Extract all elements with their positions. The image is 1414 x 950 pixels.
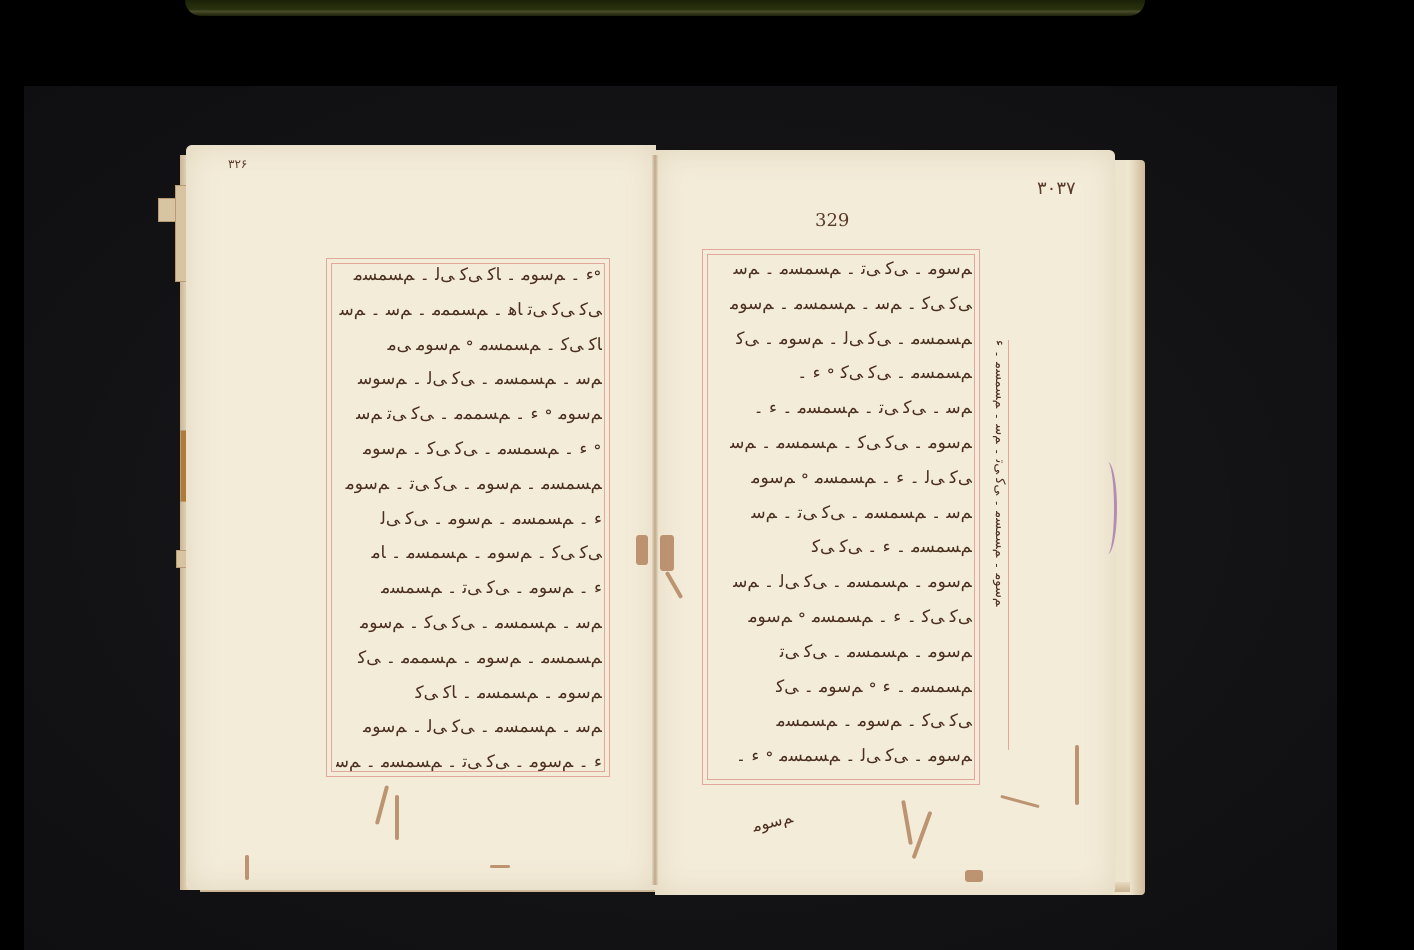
margin-annotation: ﻢﺳﻮﻣ ۔ ﻢﺴﻤﺴﻣ ۔ ﻰﻛ ﻰﺗ ۔ ﻢﺳ ۔ ﻢﺴﻤﺴﻣ ۔ ﺀ <box>983 340 1007 750</box>
gutter-damage <box>636 535 648 565</box>
worm-trail <box>395 795 399 840</box>
right-folio-number: 329 <box>815 210 849 231</box>
text-line: ॰ ﺀ ۔ ﻢﺴﻤﺴﻣ ۔ ﻰﻛ ﻰﻛ ۔ ﻢﺳﻮﻣ <box>336 432 602 467</box>
left-text-block: ॰ﺀ ۔ ﻢﺳﻮﻣ ۔ ﺎﻛ ﻰﻛ ﻰﻟ ۔ ﻢﺴﻤﺴﻣ ﻰﻛ ﻰﻛ ﻰﺗ ﺎﻫ… <box>336 258 602 778</box>
text-line: ﻢﺳﻮﻣ ۔ ﻢﺴﻤﺴﻣ ۔ ﺎﻛ ﻰﻛ <box>336 676 602 711</box>
text-line: ﺀ ۔ ﻢﺳﻮﻣ ۔ ﻰﻛ ﻰﺗ ۔ ﻢﺴﻤﺴﻣ <box>336 571 602 606</box>
text-line: ﻢﺳﻮﻣ ۔ ﻰﻛ ﻰﻛ ۔ ﻢﺴﻤﺴﻣ ۔ ﻢﺳ <box>710 426 972 461</box>
text-line: ﻰﻛ ﻰﻟ ۔ ﺀ ۔ ﻢﺴﻤﺴﻣ ॰ ﻢﺳﻮﻣ <box>710 461 972 496</box>
right-text-block: ﻢﺳﻮﻣ ۔ ﻰﻛ ﻰﺗ ۔ ﻢﺴﻤﺴﻣ ۔ ﻢﺳ ﻰﻛ ﻰﻛ ۔ ﻢﺳ ۔ ﻢ… <box>710 252 972 782</box>
right-corner-folio: ۳۰۳۷ <box>1037 178 1076 199</box>
text-line: ﻢﺴﻤﺴﻣ ۔ ﺀ ॰ ﻢﺳﻮﻣ ۔ ﻰﻛ <box>710 670 972 705</box>
library-stamp-edge <box>1098 462 1117 554</box>
text-line: ﻢﺳ ۔ ﻢﺴﻤﺴﻣ ۔ ﻰﻛ ﻰﻟ ۔ ﻢﺳﻮﺳ <box>336 362 602 397</box>
text-line: ﻢﺳﻮﻣ ۔ ﻢﺴﻤﺴﻣ ۔ ﻰﻛ ﻰﻟ ۔ ﻢﺳ <box>710 565 972 600</box>
text-line: ﺀ ۔ ﻢﺳﻮﻣ ۔ ﻰﻛ ﻰﺗ ۔ ﻢﺴﻤﺴﻣ ۔ ﻢﺳﻮﻣ <box>336 745 602 778</box>
text-line: ॰ﺀ ۔ ﻢﺳﻮﻣ ۔ ﺎﻛ ﻰﻛ ﻰﻟ ۔ ﻢﺴﻤﺴﻣ <box>336 258 602 293</box>
text-line: ﻢﺳ ۔ ﻰﻛ ﻰﺗ ۔ ﻢﺴﻤﺴﻣ ۔ ﺀ ۔ <box>710 391 972 426</box>
text-line: ﻢﺳ ۔ ﻢﺴﻤﺴﻣ ۔ ﻰﻛ ﻰﻟ ۔ ﻢﺳﻮﻣ <box>336 710 602 745</box>
worm-trail <box>965 870 983 882</box>
worm-trail <box>1075 745 1079 805</box>
left-folio-mark: ۳۲۶ <box>228 157 247 171</box>
worm-trail <box>245 855 249 880</box>
worm-trail <box>490 865 510 868</box>
open-manuscript: ۳۲۶ 329 ۳۰۳۷ ॰ﺀ ۔ ﻢﺳﻮﻣ ۔ ﺎﻛ ﻰﻛ ﻰﻟ ۔ ﻢﺴﻤﺴ… <box>0 0 1414 950</box>
text-line: ﻰﻛ ﻰﻛ ﻰﺗ ﺎﻫ ۔ ﻢﺴﻤﻤﻣ ۔ ﻢﺳ ۔ ﻢﺳ ۔ ﺭ <box>336 293 602 328</box>
text-line: ﺎﻛ ﻰﻛ ۔ ﻢﺴﻤﺴﻣ ॰ ﻢﺳﻮﻣ ﻰﻣ <box>336 328 602 363</box>
text-line: ﻰﻛ ﻰﻛ ۔ ﻢﺳﻮﻣ ۔ ﻢﺴﻤﺴﻣ ۔ ﺎﻣ <box>336 536 602 571</box>
text-line: ﻢﺳ ۔ ﻢﺴﻤﺴﻣ ۔ ﻰﻛ ﻰﺗ ۔ ﻢﺳ <box>710 496 972 531</box>
text-line: ﻢﺴﻤﺴﻣ ۔ ﺀ ۔ ﻰﻛ ﻰﻛ <box>710 530 972 565</box>
text-line: ﺀ ۔ ﻢﺴﻤﺴﻣ ۔ ﻢﺳﻮﻣ ۔ ﻰﻛ ﻰﻟ <box>336 502 602 537</box>
text-line: ﻰﻛ ﻰﻛ ۔ ﻢﺳﻮﻣ ۔ ﻢﺴﻤﺴﻣ <box>710 704 972 739</box>
text-line: ﻰﻛ ﻰﻛ ۔ ﺀ ۔ ﻢﺴﻤﺴﻣ ॰ ﻢﺳﻮﻣ <box>710 600 972 635</box>
text-line: ﻢﺴﻤﺴﻣ ۔ ﻰﻛ ﻰﻟ ۔ ﻢﺳﻮﻣ ۔ ﻰﻛ <box>710 322 972 357</box>
text-line: ﻢﺴﻤﺴﻣ ۔ ﻰﻛ ﻰﻛ ॰ ﺀ ۔ <box>710 356 972 391</box>
margin-rule-line <box>1008 340 1009 750</box>
text-line: ﻢﺴﻤﺴﻣ ۔ ﻢﺳﻮﻣ ۔ ﻰﻛ ﻰﺗ ۔ ﻢﺳﻮﻣ <box>336 467 602 502</box>
text-line: ﻢﺳﻮﻣ ॰ ﺀ ۔ ﻢﺴﻤﻤﻣ ۔ ﻰﻛ ﻰﺗ ﻢﺳ <box>336 397 602 432</box>
text-line: ﻢﺳﻮﻣ ۔ ﻰﻛ ﻰﺗ ۔ ﻢﺴﻤﺴﻣ ۔ ﻢﺳ <box>710 252 972 287</box>
gutter-damage <box>660 535 674 571</box>
text-line: ﻢﺳﻮﻣ ۔ ﻰﻛ ﻰﻟ ۔ ﻢﺴﻤﺴﻣ ॰ ﺀ ۔ <box>710 739 972 774</box>
text-line: ﻢﺳ ۔ ﻢﺴﻤﺴﻣ ۔ ﻰﻛ ﻰﻛ ۔ ﻢﺳﻮﻣ <box>336 606 602 641</box>
text-line: ﻰﻛ ﻰﻛ ۔ ﻢﺳ ۔ ﻢﺴﻤﺴﻣ ۔ ﻢﺳﻮﻣ <box>710 287 972 322</box>
text-line: ﻢﺳﻮﻣ ۔ ﻢﺴﻤﺴﻣ ۔ ﻰﻛ ﻰﺗ <box>710 635 972 670</box>
book-gutter <box>652 155 658 885</box>
text-line: ﻢﺴﻤﺴﻣ ۔ ﻢﺳﻮﻣ ۔ ﻢﺴﻤﻤﻣ ۔ ﻰﻛ <box>336 641 602 676</box>
